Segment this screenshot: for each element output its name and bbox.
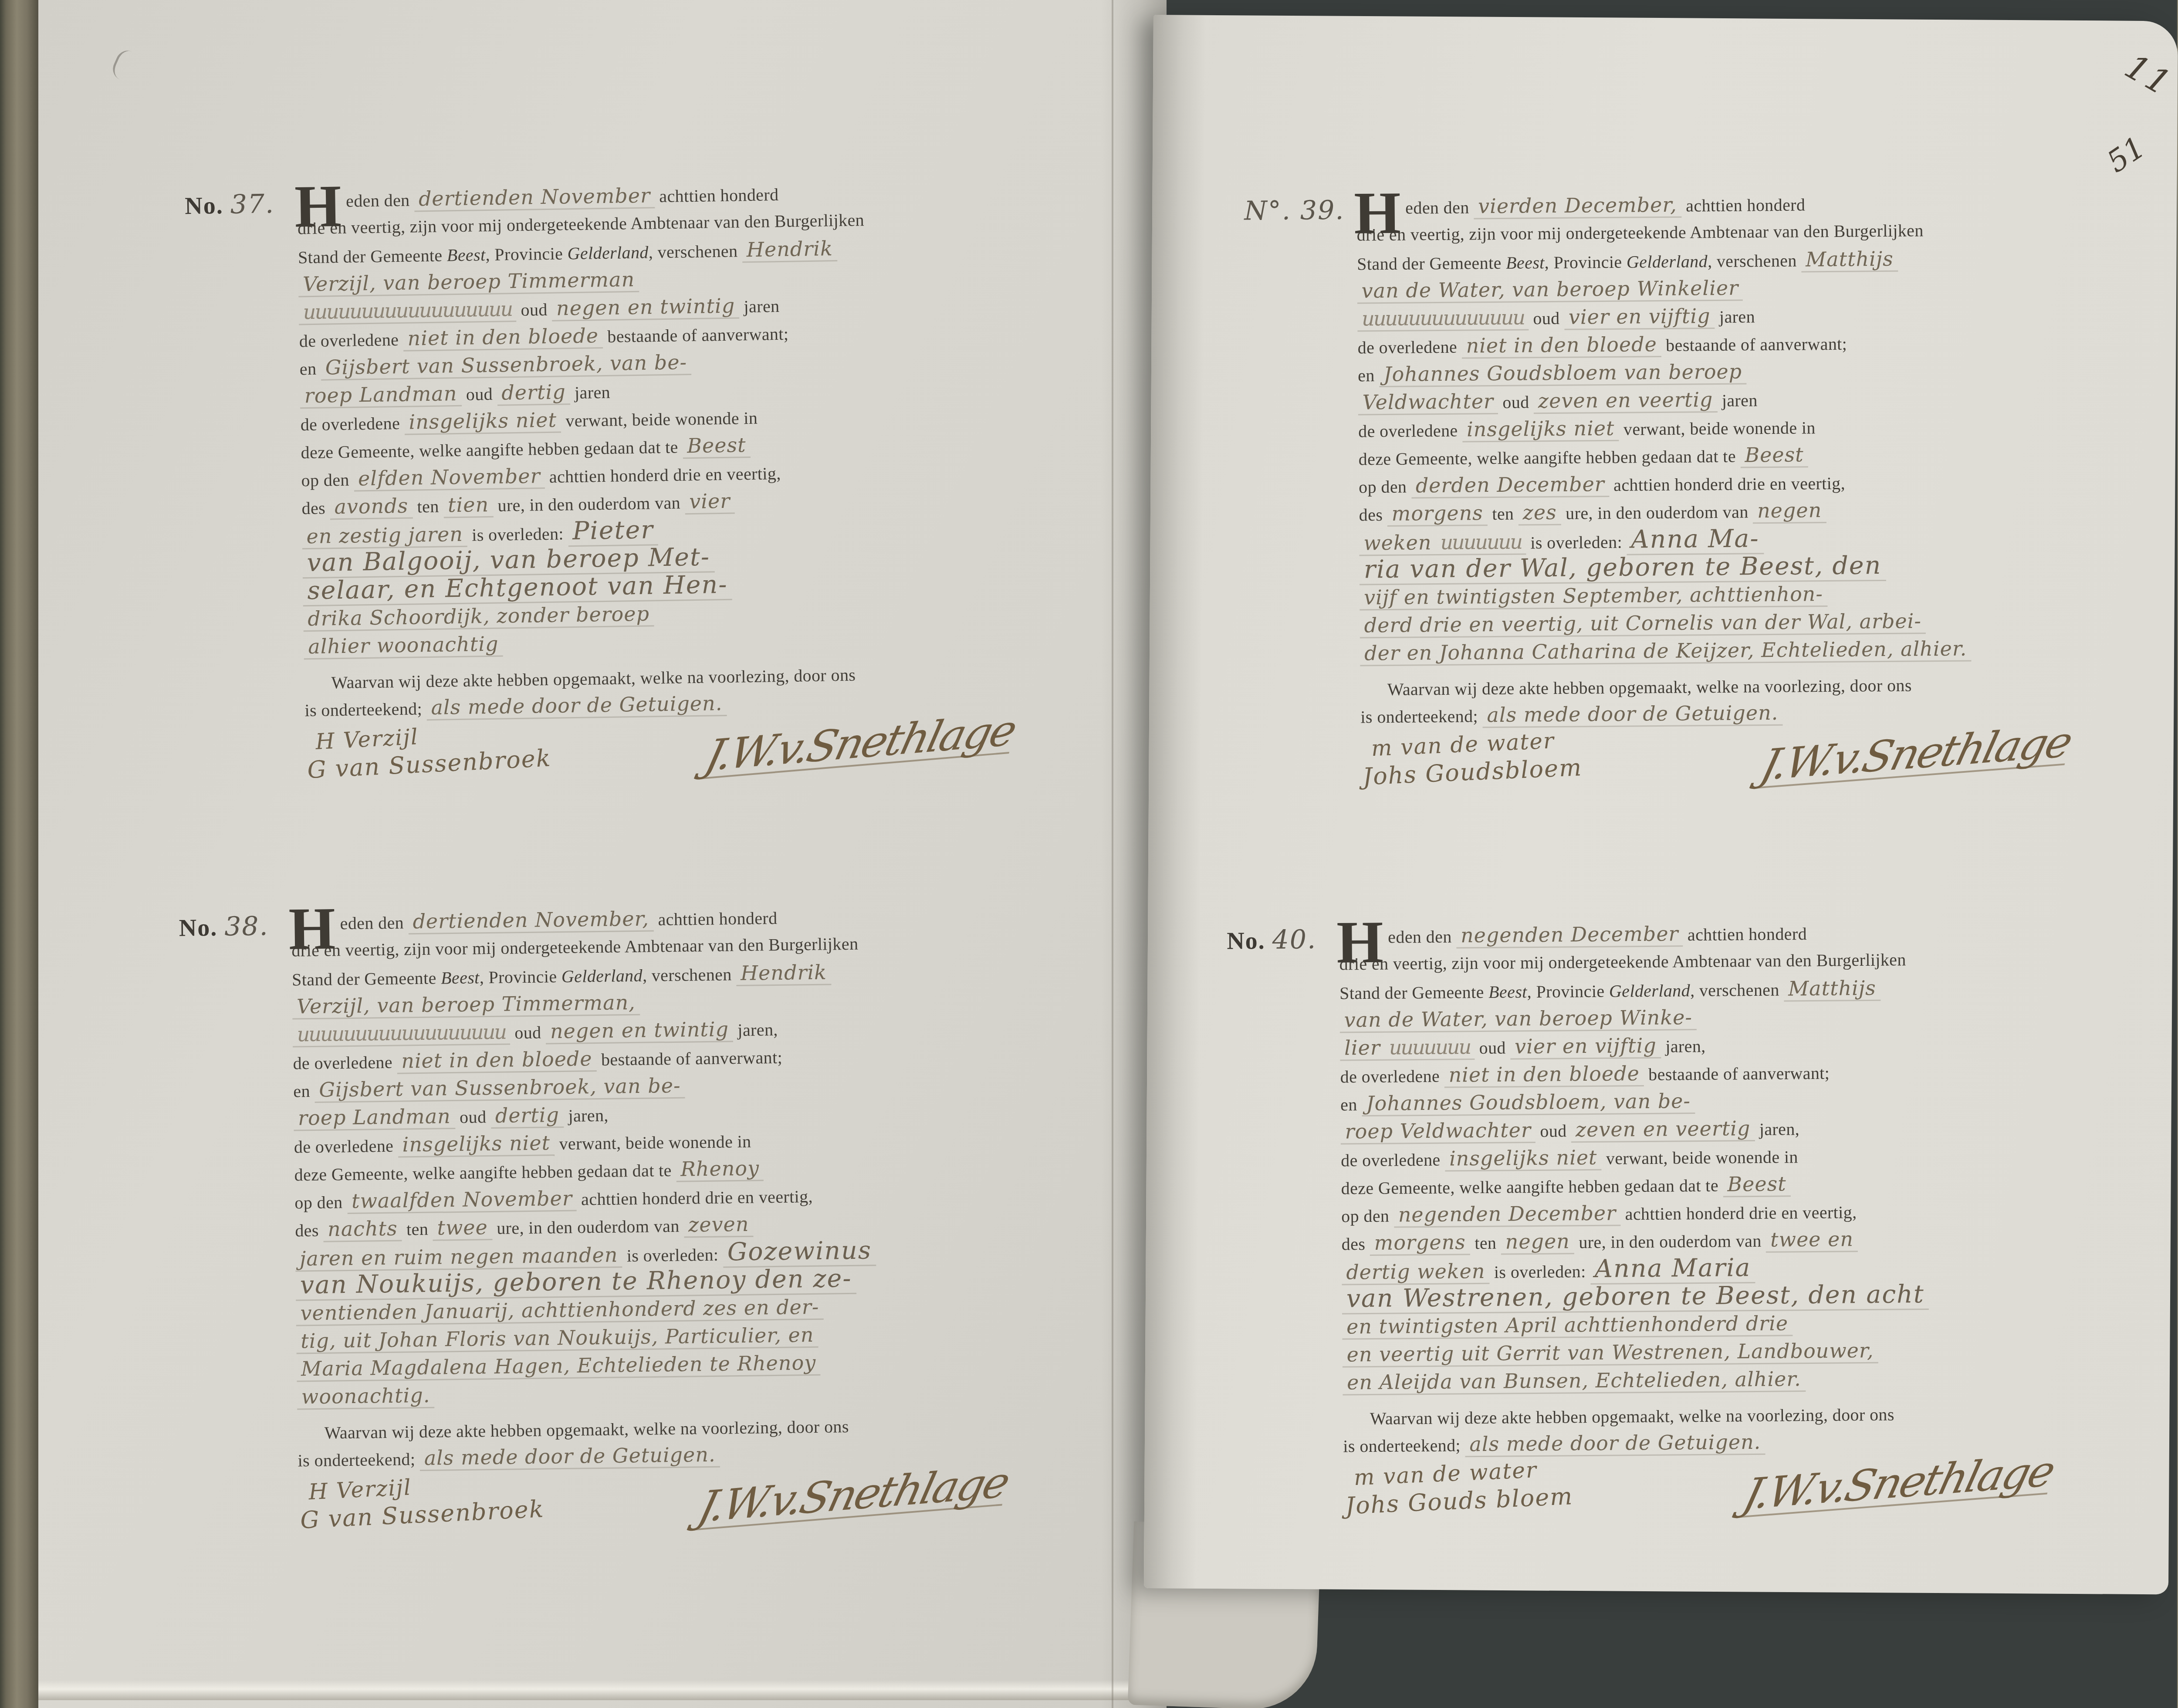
printed-segment: achttien honderd drie en veertig, [544,463,781,487]
handwritten-segment: twee [433,1215,492,1241]
handwritten-segment: derd drie en veertig, uit Cornelis van d… [1360,609,1926,638]
signature-flourish [701,749,1010,779]
printed-segment: achttien honderd drie en veertig, [1620,1202,1857,1224]
handwritten-segment: negenden December [1456,922,1683,948]
printed-segment: drie en veertig, zijn voor mij ondergete… [291,934,859,961]
printed-segment: achttien honderd [1683,924,1807,944]
handwritten-segment: derden December [1411,472,1609,499]
printed-segment: bestaande of aanverwant; [596,1048,782,1069]
page-fold-line [1112,0,1113,1708]
printed-segment: eden den [346,190,415,210]
printed-segment: ure, in den ouderdom van [1561,502,1753,523]
handwritten-segment: Anna Maria [1590,1253,1755,1285]
printed-segment: achttien honderd drie en veertig, [1609,474,1846,495]
printed-segment: deze Gemeente, welke aangifte hebben ged… [1359,446,1741,469]
handwritten-segment: vier en vijftig [1564,304,1715,330]
handwritten-segment: en twintigsten April achttienhonderd dri… [1342,1311,1792,1339]
handwritten-segment: zeven en veertig [1571,1116,1755,1143]
printed-segment: de overledene [300,413,404,435]
handwritten-segment: weken [1359,531,1436,556]
printed-segment: op den [1341,1206,1394,1226]
printed-segment: ten [402,1219,433,1239]
printed-segment: des [301,498,330,518]
handwritten-segment: Matthijs [1801,247,1898,273]
printed-segment: Stand der Gemeente [1357,253,1506,274]
printed-segment: oud [1529,308,1564,328]
printed-segment: achttien honderd [1681,195,1806,215]
handwritten-segment: negen [1753,498,1826,524]
signature-flourish [1756,761,2066,788]
filler-squiggle: uuuuuuu [1436,530,1526,555]
printed-segment: eden den [1388,927,1456,947]
handwritten-segment: insgelijks niet [1462,416,1619,443]
printed-segment: oud [1498,392,1534,412]
printed-segment: , verschenen [648,241,742,262]
handwritten-segment: nachts [323,1217,402,1242]
printed-segment: jaren, [564,1106,609,1126]
printed-segment: , Provincie [1545,252,1627,272]
handwritten-segment: negen en twintig [552,294,740,321]
printed-segment: Beest [447,245,486,265]
handwritten-segment: selaar, en Echtgenoot van Hen- [303,570,732,607]
handwritten-segment: zeven [684,1212,754,1238]
printed-segment: ure, in den ouderdom van [1574,1231,1766,1252]
printed-segment: verwant, beide wonende in [1601,1147,1798,1168]
handwritten-segment: Verzijl, van beroep Timmerman [298,267,639,298]
printed-segment: Waarvan wij deze akte hebben opgemaakt, … [331,665,856,693]
printed-segment: is overleden: [467,524,568,545]
printed-segment: oud [1535,1121,1571,1141]
printed-segment: is overleden: [1489,1262,1590,1282]
dropcap-initial: H [1336,916,1383,969]
printed-segment: Waarvan wij deze akte hebben opgemaakt, … [325,1417,849,1443]
printed-segment: des [1342,1234,1370,1254]
printed-segment: Stand der Gemeente [1339,982,1488,1003]
death-act-39: N°. 39.Heden den vierden December, achtt… [1244,188,2081,868]
signature-block: m van de waterJohs GoudsbloemJ.W.v.Sneth… [1361,730,2081,866]
printed-segment: ure, in den ouderdom van [493,493,685,515]
printed-segment: achttien honderd drie en veertig, [576,1187,813,1209]
filler-squiggle: uuuuuuuuuuuuuu [1357,305,1529,331]
printed-segment: Gelderland [1609,981,1691,1001]
printed-segment: de overledene [1358,337,1462,358]
filler-squiggle: uuuuuuuuuuuuuuuuuu [292,1020,510,1047]
handwritten-segment: en zestig jaren [302,522,467,550]
handwritten-segment: zeven en veertig [1534,388,1718,414]
handwritten-segment: Johannes Goudsbloem, van be- [1362,1089,1695,1116]
printed-segment: drie en veertig, zijn voor mij ondergete… [1357,220,1924,244]
printed-segment: de overledene [1358,421,1462,441]
filler-squiggle: uuuuuuu [1385,1035,1475,1061]
printed-segment: Waarvan wij deze akte hebben opgemaakt, … [1387,676,1912,699]
printed-segment: , verschenen [1690,980,1784,1000]
handwritten-segment: niet in den bloede [1444,1062,1644,1088]
handwritten-segment: tien [443,493,494,518]
printed-segment: en [1340,1095,1362,1114]
printed-segment: op den [1359,477,1411,497]
signature-flourish [694,1501,1003,1530]
printed-segment: jaren [1717,390,1758,410]
printed-segment: Gelderland [1627,251,1708,271]
printed-segment: des [295,1221,323,1241]
printed-segment: , Provincie [1527,981,1609,1001]
signature-block: H VerzijlG van SussenbroekJ.W.v.Snethlag… [305,719,1026,860]
death-act-40: No. 40.Heden den negenden December achtt… [1227,917,2064,1597]
death-act-38: No. 38.Heden den dertienden November, ac… [179,900,1019,1611]
handwritten-segment: roep Landman [300,382,462,409]
printed-segment: jaren, [1755,1119,1799,1139]
printed-segment: drie en veertig, zijn voor mij ondergete… [1339,950,1906,974]
act-number-digits: 37. [230,189,274,220]
handwritten-segment: alhier woonachtig [304,632,503,660]
printed-segment: deze Gemeente, welke aangifte hebben ged… [301,437,683,462]
right-page-gutter-shadow [1144,15,1206,1589]
printed-segment: Stand der Gemeente [292,968,441,989]
handwritten-segment: Gijsbert van Sussenbroek, van be- [321,350,691,381]
signature-block: m van de waterJohs Gouds bloemJ.W.v.Snet… [1343,1459,2064,1596]
act-number-label: N°. 39. [1244,195,1345,227]
printed-segment: verwant, beide wonende in [555,1132,751,1154]
printed-segment: op den [294,1192,347,1212]
act-body: Heden den dertienden November, achttien … [291,900,1019,1610]
handwritten-segment: lier [1340,1036,1385,1061]
handwritten-segment: negen en twintig [546,1017,734,1044]
printed-segment: oud [1475,1038,1510,1058]
printed-segment: oud [510,1022,546,1042]
handwritten-segment: vier [685,489,735,515]
handwritten-segment: niet in den bloede [403,324,603,352]
printed-segment: is onderteekend; [304,699,427,720]
handwritten-segment: van de Water, van beroep Winkelier [1357,276,1743,304]
act-line: der en Johanna Catharina de Keijzer, Ech… [1360,633,2080,667]
book-page-edges-left [0,0,40,1708]
printed-segment: oud [461,384,497,404]
left-page-bottom-edge [38,1680,1167,1700]
printed-segment: achttien honderd [653,908,778,929]
printed-segment: Gelderland [561,966,643,986]
handwritten-segment: der en Johanna Catharina de Keijzer, Ech… [1360,636,1972,666]
printed-segment: jaren, [733,1020,778,1040]
handwritten-segment: Anna Ma- [1627,524,1764,555]
handwritten-segment: avonds [330,494,413,520]
printed-segment: ten [1470,1233,1501,1253]
printed-segment: bestaande of aanverwant; [1661,334,1847,355]
handwritten-segment: Rhenoy [676,1156,764,1182]
printed-segment: eden den [1405,197,1474,217]
printed-segment: bestaande of aanverwant; [603,324,789,346]
printed-segment: , verschenen [643,964,737,985]
handwritten-segment: vijf en twintigsten September, achttienh… [1360,582,1827,610]
act-body: Heden den negenden December achttien hon… [1339,917,2064,1596]
dropcap-initial: H [288,902,336,955]
printed-segment: deze Gemeente, welke aangifte hebben ged… [294,1160,676,1185]
printed-segment: verwant, beide wonende in [1619,418,1816,439]
printed-segment: de overledene [299,330,403,351]
printed-segment: , verschenen [1708,250,1801,271]
printed-segment: de overledene [294,1136,398,1157]
handwritten-segment: roep Veldwachter [1341,1118,1536,1145]
printed-segment: en [1358,365,1379,385]
handwritten-segment: Johannes Goudsbloem van beroep [1379,359,1746,387]
act-number-digits: 38. [224,911,269,942]
handwritten-segment: dertig [490,1103,564,1129]
printed-segment: deze Gemeente, welke aangifte hebben ged… [1341,1176,1723,1198]
act-body: Heden den dertienden November achttien h… [297,176,1027,860]
handwritten-segment: Verzijl, van beroep Timmerman, [292,991,640,1020]
handwritten-segment: morgens [1387,501,1488,527]
printed-segment: is onderteekend; [298,1449,420,1470]
act-number-prefix: No. [185,192,230,220]
handwritten-segment: zes [1519,501,1562,526]
handwritten-segment: niet in den bloede [1461,332,1661,359]
printed-segment: ten [413,497,444,517]
printed-segment: ure, in den ouderdom van [492,1216,684,1238]
handwritten-segment: van Westrenen, geboren te Beest, den ach… [1342,1280,1929,1315]
printed-segment: eden den [340,913,408,933]
act-number-label: No. 38. [179,911,269,943]
printed-segment: drie en veertig, zijn voor mij ondergete… [298,210,865,238]
act-number-handwritten: N°. 39. [1244,195,1345,227]
death-act-37: No. 37.Heden den dertienden November ach… [185,176,1027,862]
printed-segment: ten [1488,504,1519,524]
register-book-spread: 11 51 No. 37.Heden den dertienden Novemb… [0,0,2178,1708]
printed-segment: Gelderland [567,242,649,263]
handwritten-segment: niet in den bloede [397,1047,597,1074]
printed-segment: achttien honderd [655,185,779,206]
handwritten-segment: Beest [1723,1172,1791,1197]
handwritten-segment: woonachtig. [297,1383,435,1410]
handwritten-segment: drika Schoordijk, zonder beroep [303,602,654,632]
handwritten-segment: Maria Magdalena Hagen, Echtelieden te Rh… [297,1351,821,1382]
handwritten-segment: Beest [1740,443,1808,468]
printed-segment: Beest [1506,253,1545,273]
printed-segment: , Provincie [485,244,568,264]
printed-segment: verwant, beide wonende in [561,408,758,431]
printed-segment: Stand der Gemeente [298,245,447,267]
act-number-prefix: No. [1227,927,1272,955]
handwritten-segment: vierden December, [1474,193,1681,220]
signature-flourish [1739,1490,2048,1518]
printed-segment: Beest [441,967,480,988]
handwritten-segment: elfden November [354,464,545,491]
printed-segment: en [293,1081,315,1101]
printed-segment: oud [516,300,552,320]
printed-segment: de overledene [293,1052,397,1073]
handwritten-segment: roep Landman [294,1104,455,1131]
printed-segment: de overledene [1341,1150,1445,1170]
handwritten-segment: dertig weken [1342,1259,1490,1285]
act-number-digits: 40. [1272,924,1316,955]
handwritten-segment: en Aleijda van Bunsen, Echtelieden, alhi… [1343,1367,1806,1395]
act-number-label: No. 40. [1227,924,1316,956]
handwritten-segment: dertienden November, [408,906,653,934]
printed-segment: de overledene [1340,1066,1444,1087]
filler-squiggle: uuuuuuuuuuuuuuuuuu [298,297,516,325]
printed-segment: is onderteekend; [1360,706,1482,727]
act-number-label: No. 37. [185,189,275,220]
signature-block: H VerzijlG van SussenbroekJ.W.v.Snethlag… [298,1471,1019,1610]
printed-segment: , Provincie [479,967,561,987]
dropcap-initial: H [1354,187,1401,240]
handwritten-segment: negenden December [1394,1201,1621,1228]
handwritten-segment: insgelijks niet [404,408,561,435]
handwritten-segment: Gijsbert van Sussenbroek, van be- [315,1074,685,1103]
handwritten-segment: Beest [683,433,751,459]
handwritten-segment: negen [1501,1229,1575,1255]
printed-segment: is onderteekend; [1343,1435,1465,1456]
printed-segment: jaren, [1661,1036,1706,1056]
handwritten-segment: en veertig uit Gerrit van Westrenen, Lan… [1343,1339,1878,1368]
printed-segment: jaren [1715,307,1755,327]
printed-segment: op den [301,470,354,490]
handwritten-segment: twaalfden November [347,1187,577,1214]
handwritten-segment: Matthijs [1784,976,1880,1002]
printed-segment: is overleden: [622,1245,723,1266]
handwritten-segment: dertig [497,380,570,406]
printed-segment: des [1359,505,1387,525]
handwritten-segment: insgelijks niet [1445,1146,1602,1172]
printed-segment: bestaande of aanverwant; [1644,1063,1830,1084]
handwritten-segment: dertienden November [414,183,655,212]
printed-segment: Waarvan wij deze akte hebben opgemaakt, … [1370,1405,1894,1428]
printed-segment: jaren [739,296,780,316]
act-line: en Aleijda van Bunsen, Echtelieden, alhi… [1343,1363,2062,1396]
handwritten-segment: twee en [1766,1227,1858,1253]
handwritten-segment: Pieter [568,515,658,547]
printed-segment: is overleden: [1526,532,1627,553]
dropcap-initial: H [294,180,342,233]
handwritten-segment: Hendrik [736,960,832,986]
handwritten-segment: vier en vijftig [1510,1034,1661,1060]
handwritten-segment: morgens [1370,1230,1470,1256]
handwritten-segment: Hendrik [742,237,837,263]
act-body: Heden den vierden December, achttien hon… [1356,188,2081,867]
printed-segment: jaren [570,382,610,402]
printed-segment: oud [455,1107,491,1127]
act-number-prefix: No. [179,914,224,941]
handwritten-segment: Gozewinus [723,1236,876,1268]
printed-segment: Beest [1488,982,1527,1002]
handwritten-segment: insgelijks niet [398,1131,555,1157]
handwritten-segment: van de Water, van beroep Winke- [1339,1005,1697,1033]
handwritten-segment: Veldwachter [1358,389,1498,416]
printed-segment: en [299,359,321,379]
